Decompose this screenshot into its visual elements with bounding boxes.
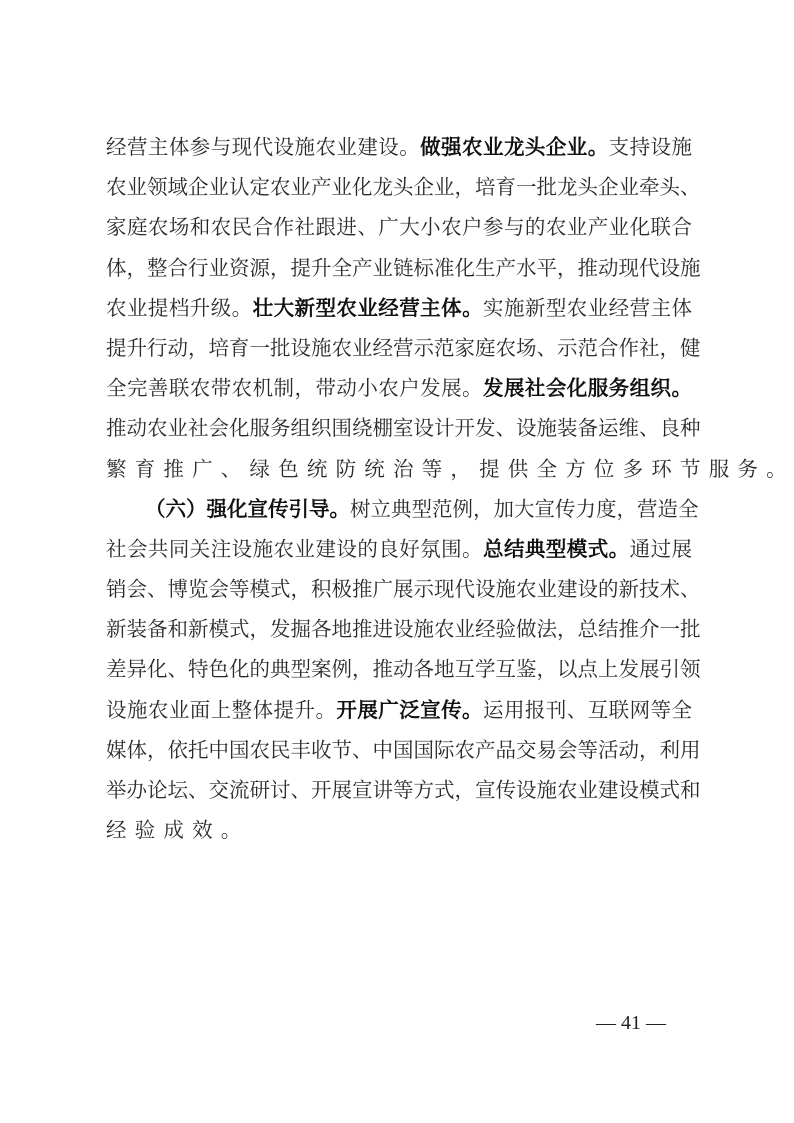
- body-text-phrase: 推动农业社会化服务组织围绕棚室设计开发、设施装备运维、良种: [106, 416, 701, 440]
- body-text-phrase: 体，整合行业资源，提升全产业链标准化生产水平，推动现代设施: [106, 256, 701, 280]
- body-text-phrase: 销会、博览会等模式，积极推广展示现代设施农业建设的新技术、: [106, 577, 701, 601]
- body-text-phrase: 设施农业面上整体提升。: [106, 698, 336, 722]
- body-text-phrase: 家庭农场和农民合作社跟进、广大小农户参与的农业产业化联合: [106, 215, 692, 239]
- body-text-phrase: 社会共同关注设施农业建设的良好氛围。: [106, 537, 483, 561]
- text-line: 媒体，依托中国农民丰收节、中国国际农产品交易会等活动，利用: [106, 730, 692, 770]
- text-line: 农业提档升级。壮大新型农业经营主体。实施新型农业经营主体: [106, 288, 692, 328]
- body-text-phrase: 支持设施: [609, 135, 692, 159]
- bold-heading-phrase: 做强农业龙头企业。: [420, 135, 609, 159]
- body-text-phrase: 运用报刊、互联网等全: [483, 698, 692, 722]
- body-text-phrase: 经营主体参与现代设施农业建设。: [106, 135, 420, 159]
- text-line: 推动农业社会化服务组织围绕棚室设计开发、设施装备运维、良种: [106, 408, 692, 448]
- body-text-phrase: 举办论坛、交流研讨、开展宣讲等方式，宣传设施农业建设模式和: [106, 778, 701, 802]
- body-text-phrase: 农业提档升级。: [106, 296, 253, 320]
- bold-heading-phrase: 开展广泛宣传。: [336, 698, 483, 722]
- text-line: 体，整合行业资源，提升全产业链标准化生产水平，推动现代设施: [106, 248, 692, 288]
- bold-heading-phrase: 总结典型模式。: [483, 537, 630, 561]
- body-text-phrase: 实施新型农业经营主体: [483, 296, 692, 320]
- text-line: 举办论坛、交流研讨、开展宣讲等方式，宣传设施农业建设模式和: [106, 770, 692, 810]
- text-line: 经验成效。: [106, 810, 692, 850]
- text-line: 经营主体参与现代设施农业建设。做强农业龙头企业。支持设施: [106, 127, 692, 167]
- body-text-phrase: 差异化、特色化的典型案例，推动各地互学互鉴，以点上发展引领: [106, 657, 701, 681]
- body-text-phrase: 新装备和新模式，发掘各地推进设施农业经验做法，总结推介一批: [106, 617, 701, 641]
- text-line: 全完善联农带农机制，带动小农户发展。发展社会化服务组织。: [106, 368, 692, 408]
- body-text-phrase: 媒体，依托中国农民丰收节、中国国际农产品交易会等活动，利用: [106, 738, 701, 762]
- text-line: 销会、博览会等模式，积极推广展示现代设施农业建设的新技术、: [106, 569, 692, 609]
- body-text-phrase: 通过展: [630, 537, 692, 561]
- document-page: 经营主体参与现代设施农业建设。做强农业龙头企业。支持设施农业领域企业认定农业产业…: [0, 0, 794, 1123]
- text-line: 农业领域企业认定农业产业化龙头企业，培育一批龙头企业牵头、: [106, 167, 692, 207]
- body-text-phrase: 农业领域企业认定农业产业化龙头企业，培育一批龙头企业牵头、: [106, 175, 701, 199]
- body-text-phrase: 经验成效。: [106, 818, 250, 842]
- body-text-phrase: 全完善联农带农机制，带动小农户发展。: [106, 376, 483, 400]
- text-line: 新装备和新模式，发掘各地推进设施农业经验做法，总结推介一批: [106, 609, 692, 649]
- text-line: 提升行动，培育一批设施农业经营示范家庭农场、示范合作社，健: [106, 328, 692, 368]
- body-text-phrase: 提升行动，培育一批设施农业经营示范家庭农场、示范合作社，健: [106, 336, 701, 360]
- bold-heading-phrase: 发展社会化服务组织。: [483, 376, 692, 400]
- text-line: （六）强化宣传引导。树立典型范例，加大宣传力度，营造全: [106, 489, 692, 529]
- bold-heading-phrase: 壮大新型农业经营主体。: [253, 296, 483, 320]
- text-line: 社会共同关注设施农业建设的良好氛围。总结典型模式。通过展: [106, 529, 692, 569]
- body-text: 经营主体参与现代设施农业建设。做强农业龙头企业。支持设施农业领域企业认定农业产业…: [106, 127, 692, 850]
- body-text-phrase: 繁育推广、绿色统防统治等，提供全方位多环节服务。: [106, 457, 794, 481]
- text-line: 差异化、特色化的典型案例，推动各地互学互鉴，以点上发展引领: [106, 649, 692, 689]
- body-text-phrase: 树立典型范例，加大宣传力度，营造全: [350, 497, 699, 521]
- text-line: 繁育推广、绿色统防统治等，提供全方位多环节服务。: [106, 449, 692, 489]
- page-number: — 41 —: [596, 1012, 666, 1035]
- text-line: 设施农业面上整体提升。开展广泛宣传。运用报刊、互联网等全: [106, 690, 692, 730]
- bold-heading-phrase: （六）强化宣传引导。: [145, 497, 350, 521]
- text-line: 家庭农场和农民合作社跟进、广大小农户参与的农业产业化联合: [106, 207, 692, 247]
